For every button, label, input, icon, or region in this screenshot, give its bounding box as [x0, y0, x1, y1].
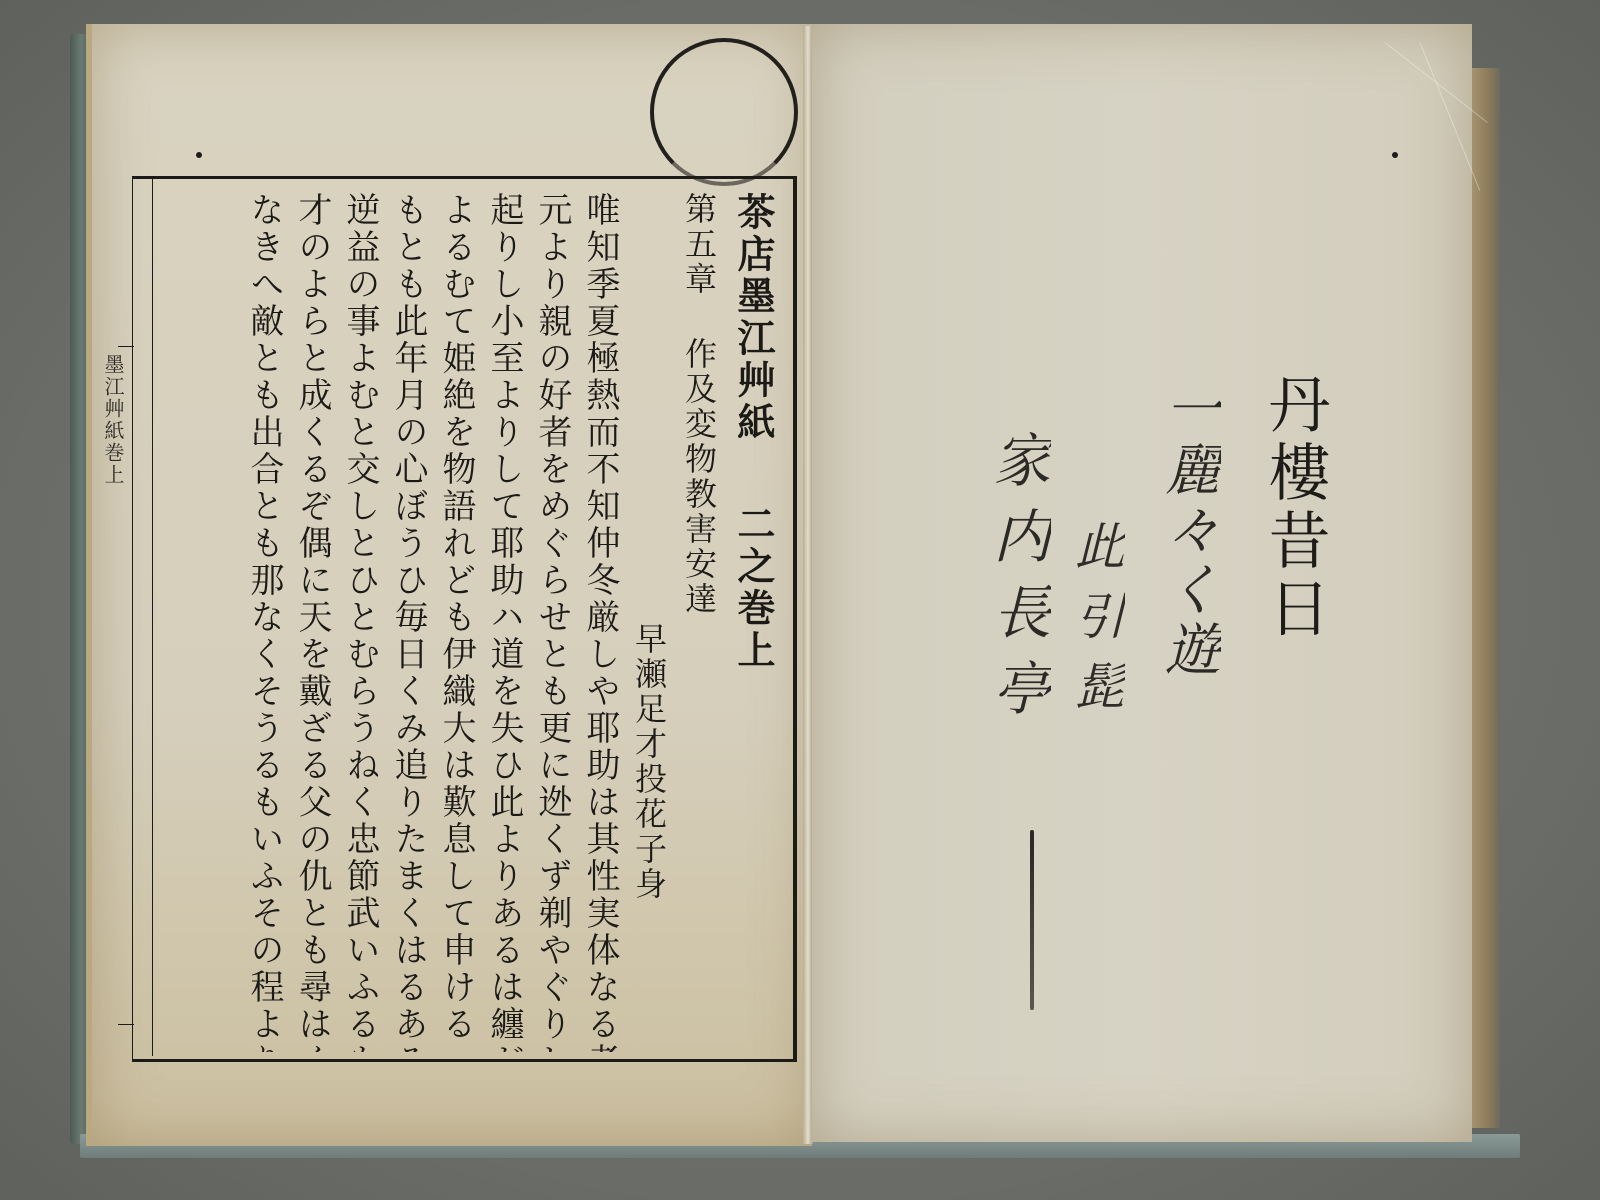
printed-text-block: 茶店墨江艸紙二之巻上 第五章作及変物教害安達 早瀬足才投花子身 唯知季夏極熱而不…	[142, 184, 782, 1044]
book-title: 茶店墨江艸紙	[731, 192, 776, 444]
chapter-heading: 作及変物教害安達	[680, 337, 718, 617]
binding-hole-mark	[196, 152, 202, 158]
body-text-column: もとも此年月の心ぼうひ毎日くみ追りたまくはるあるを思ひ	[384, 184, 432, 1052]
body-text-column: なきへ敵とも出合とも那なくそうるもいふその程よりねも殿	[240, 184, 288, 1052]
chapter-number: 第五章	[680, 192, 718, 297]
binding-hole-mark	[1392, 152, 1398, 158]
body-text-column: 起りし小至よりして耶助ハ道を失ひ此よりあるは纏が痛床	[480, 184, 528, 1052]
circular-seal-stamp	[650, 38, 798, 186]
body-text-column: よるむて姫絶を物語れども伊織大は歎息して申けるハ此御方	[432, 184, 480, 1052]
volume-label: 二之巻上	[724, 504, 782, 672]
author-line: 早瀬足才投花子身	[624, 622, 674, 902]
body-text-column: 元より親の好者をめぐらせとも更に迯くず剃やぐりしが蕭墻の内より	[528, 184, 576, 1052]
body-text-column: 唯知季夏極熱而不知仲冬厳しや耶助は其性実体なる者にて	[576, 184, 624, 1052]
right-page	[812, 24, 1472, 1142]
author-column: 早瀬足才投花子身	[624, 184, 674, 1052]
page-stack-edge	[1470, 68, 1500, 1128]
body-text-column: 才のよらと成くるぞ偶に天を戴ざる父の仇とも尋はくずうに	[288, 184, 336, 1052]
calligraphy-column: 此引髭	[1060, 520, 1132, 730]
chapter-heading-column: 第五章作及変物教害安達	[674, 184, 724, 1052]
calligraphy-column: 丹樓昔日	[1250, 372, 1339, 644]
left-page: 墨江艸紙巻上 茶店墨江艸紙二之巻上 第五章作及変物教害安達 早瀬足才投花子身 唯…	[86, 24, 812, 1146]
calligraphy-column: 家内長亭	[975, 430, 1059, 734]
margin-title: 墨江艸紙巻上	[106, 354, 128, 486]
calligraphy-column: 一麗々く遊	[1148, 380, 1228, 680]
body-text-column: 逆益の事よむと交しとひとむらうねく忠節武いふるものに	[336, 184, 384, 1052]
calligraphy-brush-tail	[1030, 830, 1034, 1010]
book-title-column: 茶店墨江艸紙二之巻上	[724, 184, 782, 1052]
